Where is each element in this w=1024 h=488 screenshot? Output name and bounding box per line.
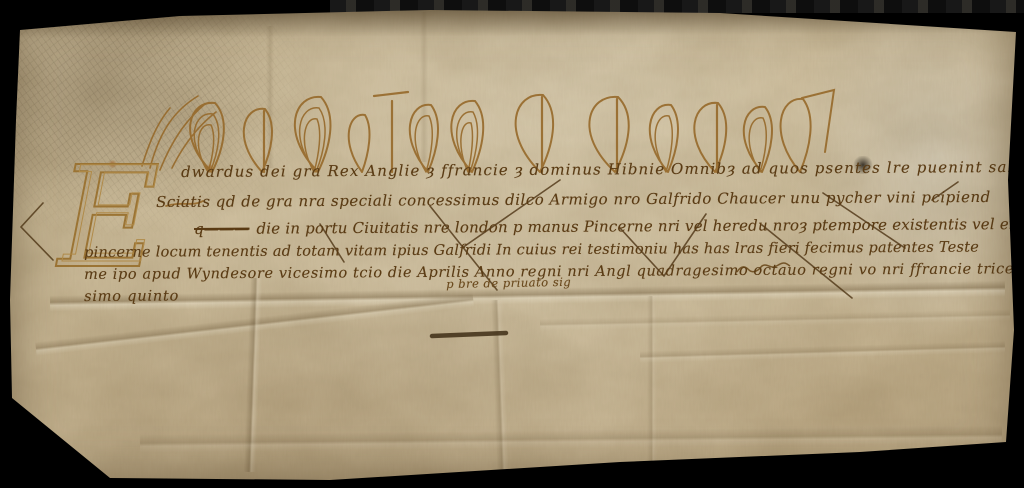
photo-stage: E E dwardus dei gra Rex Anglie ȝ ffranci… [0, 0, 1024, 488]
parchment-document: E E dwardus dei gra Rex Anglie ȝ ffranci… [0, 0, 1024, 488]
edge-vignette [0, 0, 1024, 488]
